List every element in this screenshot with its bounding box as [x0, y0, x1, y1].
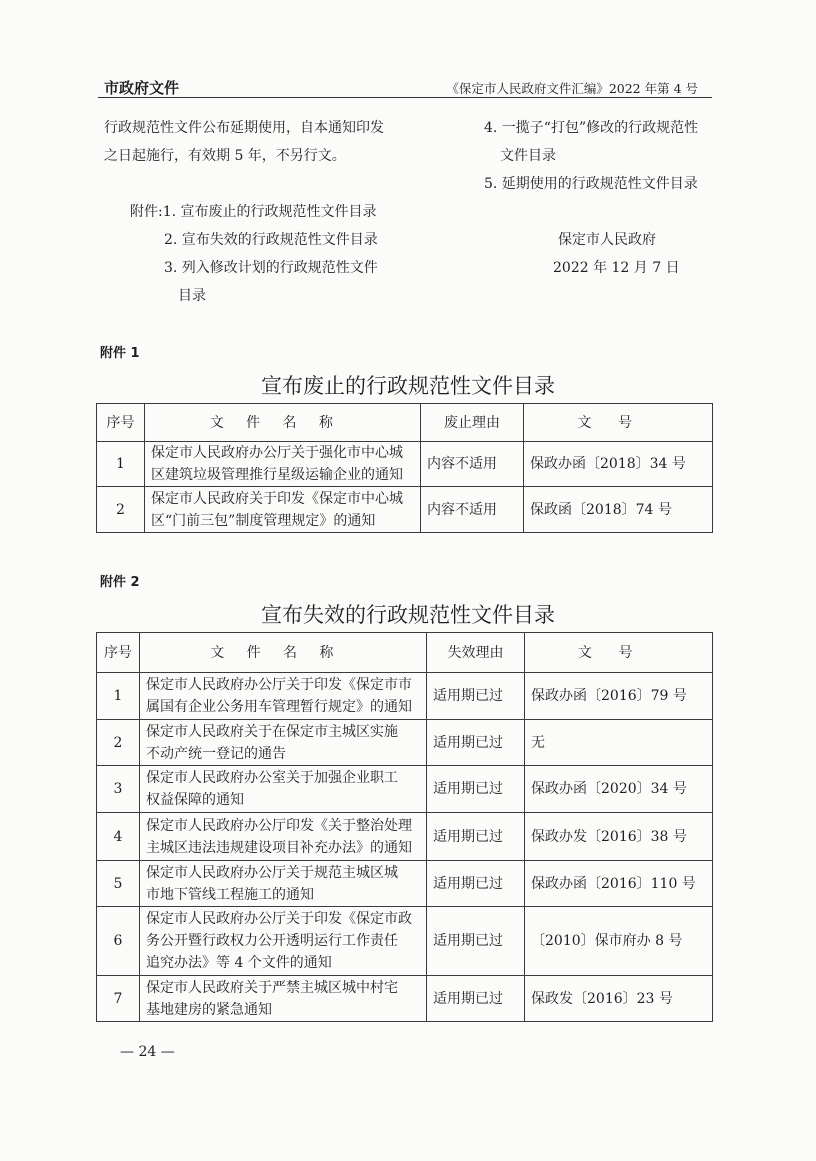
col-header-reason: 失效理由: [427, 633, 525, 673]
body-paragraph-line-1: 行政规范性文件公布延期使用，自本通知印发: [104, 117, 384, 137]
annex2-title: 宣布失效的行政规范性文件目录: [0, 599, 816, 629]
col-header-docno: 文号: [525, 633, 713, 673]
signature-issuer: 保定市人民政府: [558, 229, 656, 249]
table-header-row: 序号 文件名称 废止理由 文号: [97, 404, 713, 442]
attachment-item-5: 5. 延期使用的行政规范性文件目录: [484, 173, 698, 193]
annex1-table: 序号 文件名称 废止理由 文号 1 保定市人民政府办公厅关于强化市中心城区建筑垃…: [96, 403, 713, 533]
table-row: 1 保定市人民政府办公厅关于强化市中心城区建筑垃圾管理推行星级运输企业的通知 内…: [97, 442, 713, 487]
attachment-item-4-cont: 文件目录: [500, 145, 556, 165]
body-paragraph-line-2: 之日起施行，有效期 5 年，不另行文。: [104, 145, 346, 165]
attachment-item-1: 附件:1. 宣布废止的行政规范性文件目录: [130, 201, 377, 221]
col-header-name: 文件名称: [140, 633, 427, 673]
attachment-item-3: 3. 列入修改计划的行政规范性文件: [164, 257, 378, 277]
attachment-item-3-cont: 目录: [178, 285, 206, 305]
col-header-name: 文件名称: [145, 404, 421, 442]
table-row: 7 保定市人民政府关于严禁主城区城中村宅基地建房的紧急通知 适用期已过 保政发〔…: [97, 976, 713, 1022]
annex2-label: 附件 2: [100, 571, 140, 590]
annex1-label: 附件 1: [100, 342, 140, 361]
col-header-no: 序号: [97, 633, 140, 673]
table-header-row: 序号 文件名称 失效理由 文号: [97, 633, 713, 673]
table-row: 4 保定市人民政府办公厅印发《关于整治处理主城区违法违规建设项目补充办法》的通知…: [97, 813, 713, 861]
table-row: 5 保定市人民政府办公厅关于规范主城区城市地下管线工程施工的通知 适用期已过 保…: [97, 861, 713, 907]
header-rule: [98, 97, 712, 98]
table-row: 2 保定市人民政府关于在保定市主城区实施不动产统一登记的通告 适用期已过 无: [97, 720, 713, 766]
col-header-docno: 文号: [524, 404, 713, 442]
running-header-section: 市政府文件: [104, 77, 179, 98]
running-header-publication: 《保定市人民政府文件汇编》2022 年第 4 号: [446, 79, 698, 97]
table-row: 3 保定市人民政府办公室关于加强企业职工权益保障的通知 适用期已过 保政办函〔2…: [97, 766, 713, 813]
col-header-reason: 废止理由: [421, 404, 524, 442]
table-row: 6 保定市人民政府办公厅关于印发《保定市政务公开暨行政权力公开透明运行工作责任追…: [97, 907, 713, 976]
annex1-title: 宣布废止的行政规范性文件目录: [0, 370, 816, 400]
annex2-table: 序号 文件名称 失效理由 文号 1 保定市人民政府办公厅关于印发《保定市市属国有…: [96, 632, 713, 1022]
attachment-item-4: 4. 一揽子“打包”修改的行政规范性: [484, 117, 698, 137]
table-row: 1 保定市人民政府办公厅关于印发《保定市市属国有企业公务用车管理暂行规定》的通知…: [97, 673, 713, 720]
signature-date: 2022 年 12 月 7 日: [553, 257, 680, 277]
attachment-item-2: 2. 宣布失效的行政规范性文件目录: [164, 229, 378, 249]
table-row: 2 保定市人民政府关于印发《保定市中心城区“门前三包”制度管理规定》的通知 内容…: [97, 487, 713, 533]
attachments-prefix: 附件:: [130, 204, 163, 220]
page-number: — 24 —: [120, 1044, 175, 1060]
col-header-no: 序号: [97, 404, 145, 442]
